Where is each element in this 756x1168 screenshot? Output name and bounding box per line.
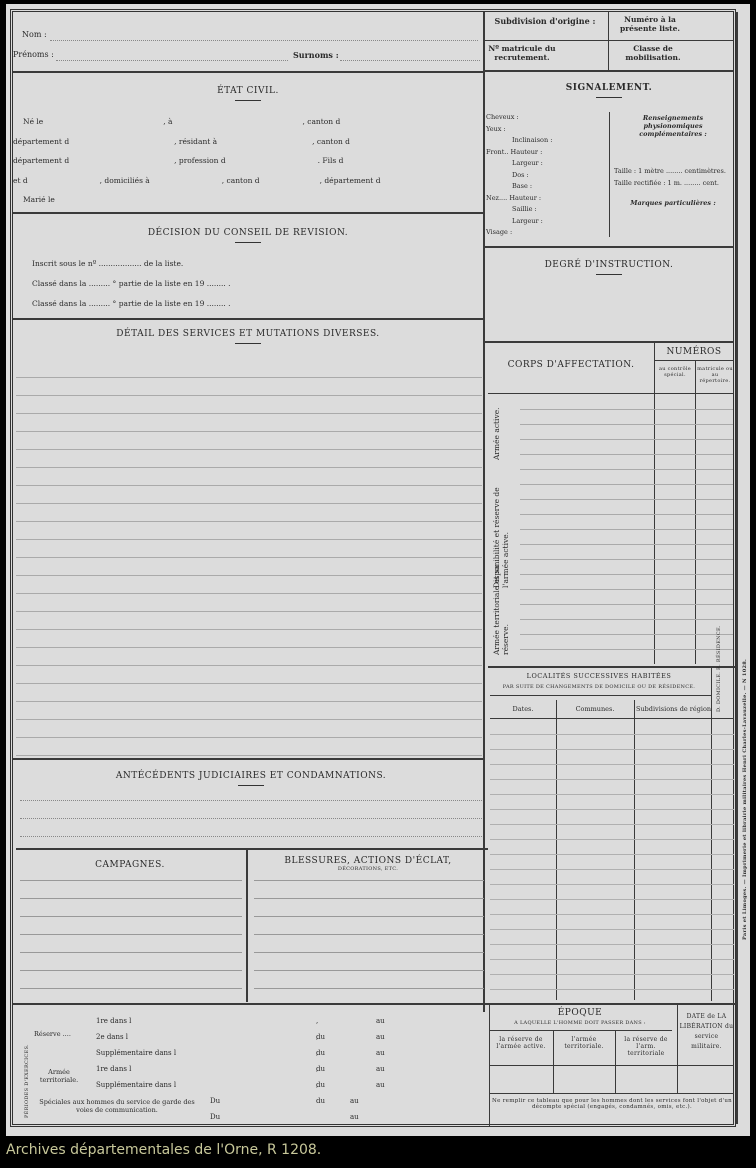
col-matricule: matricule ou au répertoire. — [697, 366, 733, 384]
domicile-residence-label: D. DOMICILE. R. RÉSIDENCE. — [716, 625, 722, 712]
epoque-subtitle: A LAQUELLE L'HOMME DOIT PASSER DANS : — [490, 1020, 670, 1026]
imprimeur-label: Paris et Limoges. — Imprimerie et librai… — [742, 659, 748, 940]
col-dates: Dates. — [492, 705, 554, 713]
matricule-label: Nº matricule du recrutement. — [486, 44, 558, 62]
signalement-fields: Cheveux : Yeux : Inclinaison : Front.. H… — [486, 112, 604, 239]
surnoms-field — [340, 60, 480, 61]
blessures-lines — [254, 880, 484, 1000]
localites-subtitle: PAR SUITE DE CHANGEMENTS DE DOMICILE OU … — [488, 684, 710, 690]
taille-label: Taille : 1 mètre ........ centimètres. — [614, 167, 726, 175]
archive-caption: Archives départementales de l'Orne, R 12… — [6, 1142, 321, 1158]
periodes-side-label: PÉRIODES D'EXERCICES. — [24, 1044, 30, 1118]
col-reserve-territoriale: la réserve de l'arm. territoriale — [617, 1036, 675, 1057]
col-controle-special: au contrôle spécial. — [656, 366, 694, 378]
detail-services-title: DÉTAIL DES SERVICES ET MUTATIONS DIVERSE… — [13, 329, 483, 344]
col-armee-territoriale: l'armée territoriale. — [555, 1036, 613, 1050]
campagnes-lines — [20, 880, 242, 1000]
etat-civil-fields: Né le, à, canton d département d, résida… — [13, 112, 479, 210]
col-reserve-active: la réserve de l'armée active. — [491, 1036, 551, 1050]
detail-services-lines — [16, 360, 482, 756]
campagnes-title: CAMPAGNES. — [16, 860, 244, 870]
blessures-title: BLESSURES, ACTIONS D'ÉCLAT, — [250, 856, 486, 866]
col-communes: Communes. — [558, 705, 632, 713]
blessures-subtitle: DÉCORATIONS, ETC. — [250, 866, 486, 872]
armee-active-label: Armée active. — [492, 407, 501, 460]
corps-affectation-title: CORPS D'AFFECTATION. — [488, 360, 654, 370]
corps-affectation-lines — [520, 395, 733, 663]
localites-lines — [490, 720, 734, 1000]
decision-fields: Inscrit sous le nº .................. de… — [32, 254, 231, 314]
numero-liste-label: Numéro à la présente liste. — [615, 15, 685, 33]
degre-instruction-title: DEGRÉ D'INSTRUCTION. — [485, 260, 733, 275]
prenoms-label: Prénoms : — [13, 50, 54, 59]
antecedents-title: ANTÉCÉDENTS JUDICIAIRES ET CONDAMNATIONS… — [16, 771, 486, 786]
taille-rectifiee-label: Taille rectifiée : 1 m. ........ cent. — [614, 179, 719, 187]
armee-territoriale-label: Armée territoriale et sa réserve. — [492, 565, 510, 655]
etat-civil-title: ÉTAT CIVIL. — [13, 86, 483, 101]
classe-label: Classe de mobilisation. — [618, 44, 688, 62]
surnoms-label: Surnoms : — [293, 50, 339, 60]
reserve-label: Réserve .... — [34, 1030, 71, 1038]
decision-title: DÉCISION DU CONSEIL DE REVISION. — [13, 228, 483, 243]
subdivision-label: Subdivision d'origine : — [490, 16, 600, 26]
numeros-title: NUMÉROS — [655, 347, 733, 357]
date-liberation-label: DATE de LA LIBÉRATION du service militai… — [679, 1012, 734, 1052]
nom-label: Nom : — [22, 30, 47, 39]
nom-field — [50, 40, 478, 41]
territoriale-label: Armée territoriale. — [34, 1068, 84, 1084]
localites-title: LOCALITÉS SUCCESSIVES HABITÉES — [488, 672, 710, 680]
epoque-title: ÉPOQUE — [490, 1008, 670, 1018]
prenoms-field — [56, 60, 288, 61]
marques-label: Marques particulières : — [614, 199, 732, 207]
signalement-title: SIGNALEMENT. — [485, 83, 733, 98]
periodes-rows: 1re dans l, duau 2e dans l, duau Supplém… — [96, 1013, 176, 1125]
col-subdivisions: Subdivisions de région — [636, 705, 710, 713]
renseignements-label: Renseignements physionomiques complément… — [614, 114, 732, 138]
epoque-note: Ne remplir ce tableau que pour les homme… — [492, 1098, 732, 1110]
